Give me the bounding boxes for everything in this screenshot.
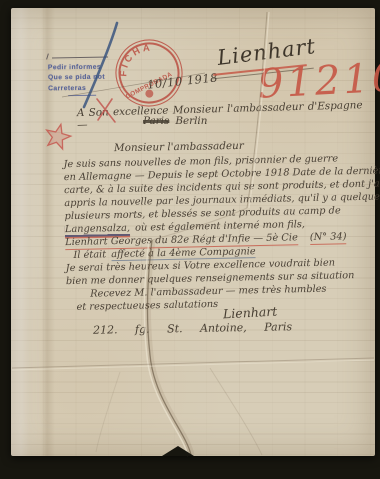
box-stamp-line: Pedir informes — [48, 63, 105, 74]
letter-line-text: Il était — [73, 249, 106, 261]
ink-scribble-line — [52, 57, 108, 59]
photo-background: Pedir informes Que se pida not Carretera… — [0, 0, 380, 479]
place-line: ParisBerlin — [143, 115, 207, 127]
round-stamp: FICHA COMPROBADA — [111, 35, 187, 111]
sender-address: 212. fg. St. Antoine, Paris — [93, 320, 292, 336]
soldier-number: (N° 34) — [310, 231, 347, 244]
signature: Lienhart — [223, 304, 278, 322]
box-stamp-underline — [68, 95, 96, 96]
place: Berlin — [175, 115, 207, 127]
box-stamp: Pedir informes Que se pida not Carretera… — [48, 63, 105, 96]
letter-paper: Pedir informes Que se pida not Carretera… — [11, 8, 375, 456]
box-stamp-line: Que se pida not — [48, 73, 105, 84]
salutation: Monsieur l'ambassadeur — [114, 140, 244, 154]
box-stamp-line: Carreteras — [48, 83, 105, 94]
letter-body: Je suis sans nouvelles de mon fils, pris… — [63, 152, 366, 314]
camp-name-underlined: Langensalza, — [65, 223, 130, 235]
struck-place: Paris — [143, 115, 169, 127]
